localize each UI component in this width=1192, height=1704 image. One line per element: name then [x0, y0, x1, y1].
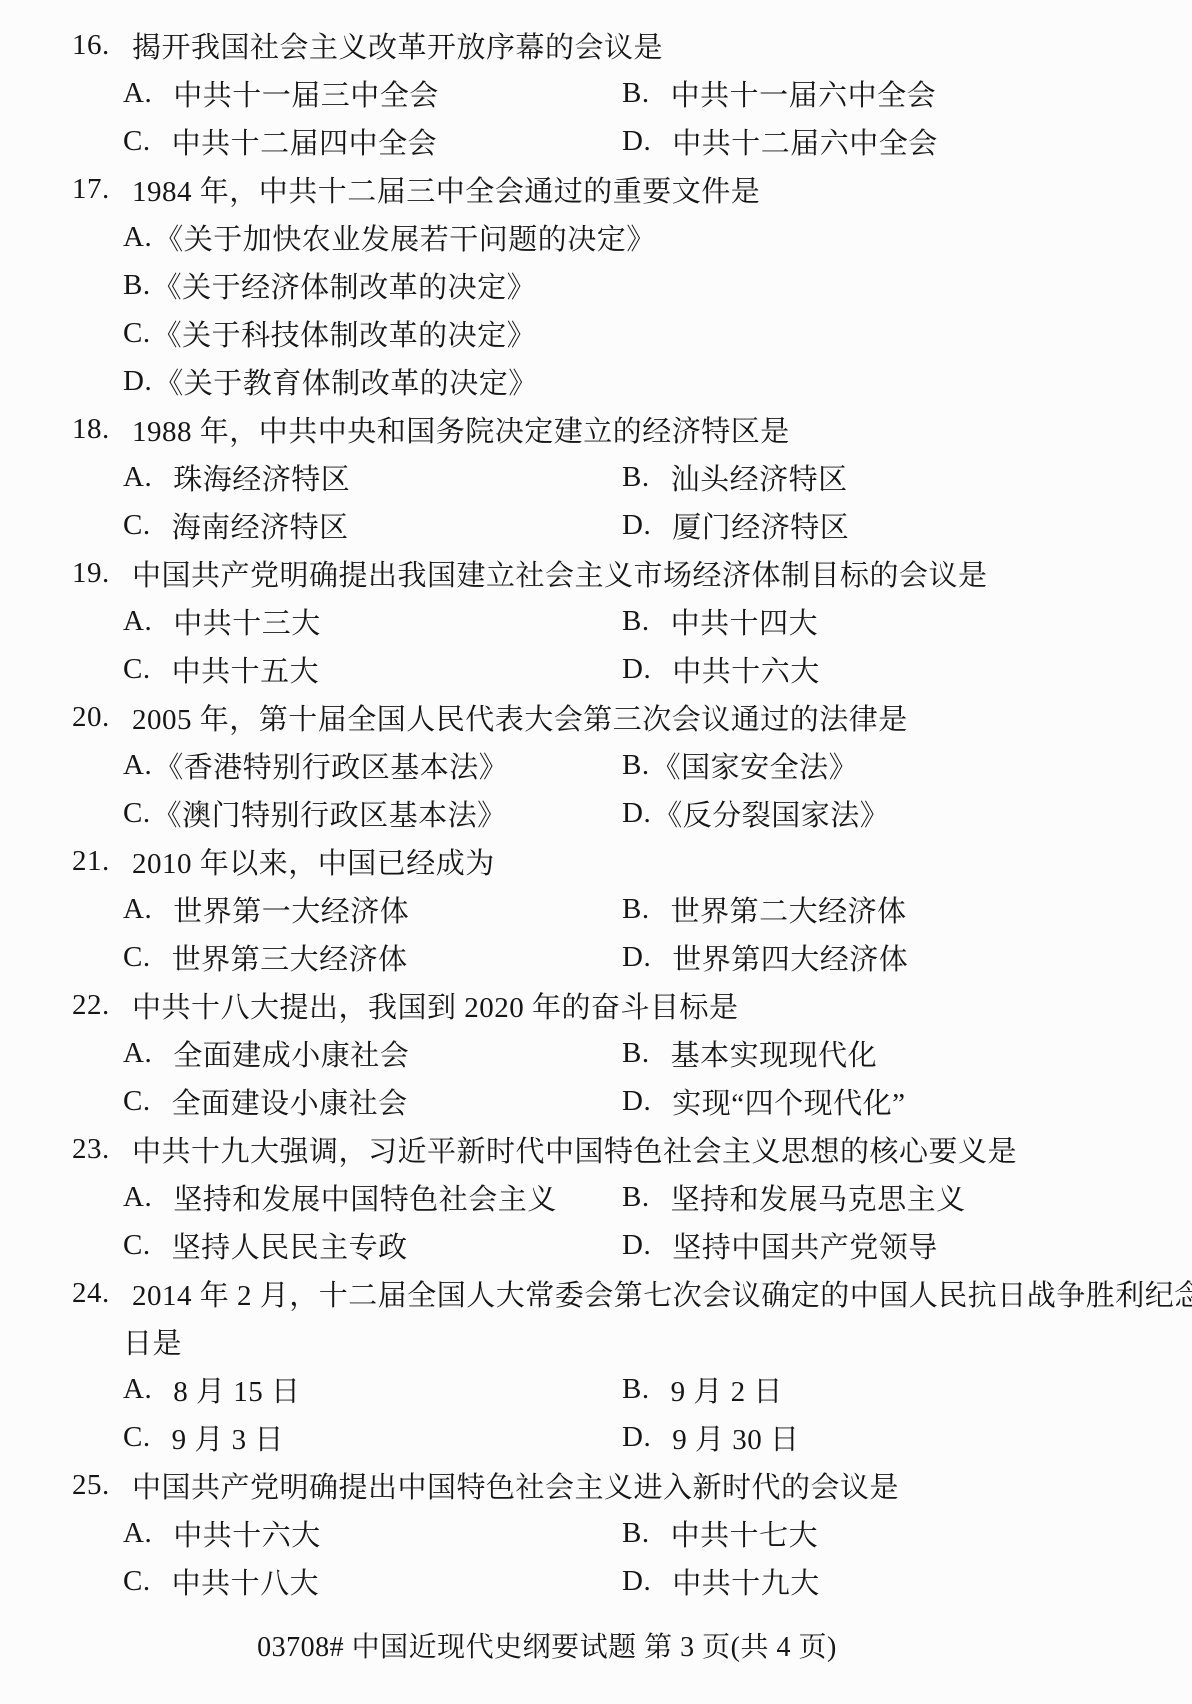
option-19-a: A. 中共十三大: [123, 601, 622, 642]
option-23-a: A. 坚持和发展中国特色社会主义: [123, 1177, 622, 1218]
option-21-a: A. 世界第一大经济体: [123, 889, 622, 930]
option-text: 实现“四个现代化”: [672, 1081, 905, 1122]
option-row: B. 《关于经济体制改革的决定》: [0, 261, 1192, 309]
option-text: 中共十六大: [672, 649, 820, 690]
option-row: C. 中共十二届四中全会 D. 中共十二届六中全会: [0, 117, 1192, 165]
option-label: B.: [622, 749, 650, 782]
question-16: 16. 揭开我国社会主义改革开放序幕的会议是 A. 中共十一届三中全会 B. 中…: [0, 21, 1192, 165]
option-18-c: C. 海南经济特区: [123, 505, 622, 546]
option-19-b: B. 中共十四大: [622, 601, 818, 642]
option-25-a: A. 中共十六大: [123, 1513, 622, 1554]
option-row: C. 中共十八大 D. 中共十九大: [0, 1557, 1192, 1605]
question-stem: 中国共产党明确提出我国建立社会主义市场经济体制目标的会议是: [132, 553, 988, 594]
option-label: B.: [622, 461, 650, 494]
option-21-c: C. 世界第三大经济体: [123, 937, 622, 978]
exam-page: 16. 揭开我国社会主义改革开放序幕的会议是 A. 中共十一届三中全会 B. 中…: [0, 0, 1192, 1704]
option-text: 9 月 2 日: [671, 1369, 783, 1410]
option-row: A. 珠海经济特区 B. 汕头经济特区: [0, 453, 1192, 501]
option-text: 中共十九大: [672, 1561, 820, 1602]
footer-text: 03708# 中国近现代史纲要试题 第 3 页(共 4 页): [257, 1625, 837, 1665]
question-stem-continuation: 日是: [0, 1317, 1192, 1365]
option-label: B.: [123, 269, 151, 302]
option-label: D.: [622, 1421, 651, 1454]
option-text: 厦门经济特区: [672, 505, 849, 546]
option-16-a: A. 中共十一届三中全会: [123, 73, 622, 114]
option-label: D.: [622, 1565, 651, 1598]
option-text: 《国家安全法》: [652, 745, 859, 786]
option-label: B.: [622, 893, 650, 926]
page-footer: 03708# 中国近现代史纲要试题 第 3 页(共 4 页): [0, 1621, 1143, 1669]
option-text: 中共十一届六中全会: [671, 73, 937, 114]
option-22-d: D. 实现“四个现代化”: [622, 1081, 905, 1122]
option-label: A.: [123, 1037, 152, 1070]
option-label: B.: [622, 1037, 650, 1070]
option-label: A.: [123, 893, 152, 926]
option-20-b: B. 《国家安全法》: [622, 745, 858, 786]
question-stem-row: 20. 2005 年，第十届全国人民代表大会第三次会议通过的法律是: [0, 693, 1192, 741]
option-label: A.: [123, 1373, 152, 1406]
question-21: 21. 2010 年以来，中国已经成为 A. 世界第一大经济体 B. 世界第二大…: [0, 837, 1192, 981]
option-text: 珠海经济特区: [173, 457, 350, 498]
option-20-a: A. 《香港特别行政区基本法》: [123, 745, 622, 786]
option-label: C.: [123, 1565, 151, 1598]
question-stem-row: 23. 中共十九大强调，习近平新时代中国特色社会主义思想的核心要义是: [0, 1125, 1192, 1173]
option-25-b: B. 中共十七大: [622, 1513, 818, 1554]
question-number: 18.: [72, 413, 132, 446]
question-number: 21.: [72, 845, 132, 878]
option-19-c: C. 中共十五大: [123, 649, 622, 690]
option-text: 9 月 3 日: [172, 1417, 284, 1458]
question-19: 19. 中国共产党明确提出我国建立社会主义市场经济体制目标的会议是 A. 中共十…: [0, 549, 1192, 693]
option-label: A.: [123, 1181, 152, 1214]
question-18: 18. 1988 年，中共中央和国务院决定建立的经济特区是 A. 珠海经济特区 …: [0, 405, 1192, 549]
option-text: 中共十三大: [173, 601, 321, 642]
option-21-b: B. 世界第二大经济体: [622, 889, 907, 930]
option-label: A.: [123, 1517, 152, 1550]
option-24-d: D. 9 月 30 日: [622, 1417, 799, 1458]
option-label: D.: [622, 1085, 651, 1118]
option-row: A. 中共十一届三中全会 B. 中共十一届六中全会: [0, 69, 1192, 117]
option-17-a: A. 《关于加快农业发展若干问题的决定》: [123, 217, 656, 258]
option-20-d: D. 《反分裂国家法》: [622, 793, 889, 834]
option-text: 世界第四大经济体: [672, 937, 908, 978]
option-17-d: D. 《关于教育体制改革的决定》: [123, 361, 538, 402]
question-number: 24.: [72, 1277, 132, 1310]
option-text: 9 月 30 日: [672, 1417, 799, 1458]
question-stem-line2: 日是: [123, 1321, 182, 1362]
option-label: C.: [123, 797, 151, 830]
question-number: 23.: [72, 1133, 132, 1166]
option-label: C.: [123, 941, 151, 974]
option-24-a: A. 8 月 15 日: [123, 1369, 622, 1410]
question-24: 24. 2014 年 2 月，十二届全国人大常委会第七次会议确定的中国人民抗日战…: [0, 1269, 1192, 1461]
question-stem: 2005 年，第十届全国人民代表大会第三次会议通过的法律是: [132, 697, 908, 738]
option-16-c: C. 中共十二届四中全会: [123, 121, 622, 162]
question-stem: 揭开我国社会主义改革开放序幕的会议是: [132, 25, 663, 66]
option-text: 坚持人民民主专政: [172, 1225, 408, 1266]
option-label: C.: [123, 653, 151, 686]
option-text: 全面建成小康社会: [173, 1033, 409, 1074]
option-row: C. 全面建设小康社会 D. 实现“四个现代化”: [0, 1077, 1192, 1125]
option-label: A.: [123, 77, 152, 110]
option-text: 中共十七大: [671, 1513, 819, 1554]
option-label: A.: [123, 221, 152, 254]
option-25-c: C. 中共十八大: [123, 1561, 622, 1602]
option-text: 中共十八大: [172, 1561, 320, 1602]
option-24-b: B. 9 月 2 日: [622, 1369, 783, 1410]
option-label: D.: [622, 941, 651, 974]
option-text: 中共十六大: [173, 1513, 321, 1554]
option-row: A. 《关于加快农业发展若干问题的决定》: [0, 213, 1192, 261]
option-19-d: D. 中共十六大: [622, 649, 820, 690]
option-label: D.: [622, 125, 651, 158]
question-stem-row: 16. 揭开我国社会主义改革开放序幕的会议是: [0, 21, 1192, 69]
option-21-d: D. 世界第四大经济体: [622, 937, 908, 978]
question-number: 25.: [72, 1469, 132, 1502]
option-label: D.: [123, 365, 152, 398]
option-label: A.: [123, 605, 152, 638]
question-number: 22.: [72, 989, 132, 1022]
option-text: 汕头经济特区: [671, 457, 848, 498]
option-row: C. 《关于科技体制改革的决定》: [0, 309, 1192, 357]
option-label: B.: [622, 605, 650, 638]
option-text: 基本实现现代化: [671, 1033, 878, 1074]
question-number: 20.: [72, 701, 132, 734]
option-label: C.: [123, 1229, 151, 1262]
question-stem: 2014 年 2 月，十二届全国人大常委会第七次会议确定的中国人民抗日战争胜利纪…: [132, 1273, 1192, 1314]
question-20: 20. 2005 年，第十届全国人民代表大会第三次会议通过的法律是 A. 《香港…: [0, 693, 1192, 837]
question-number: 17.: [72, 173, 132, 206]
option-label: B.: [622, 1181, 650, 1214]
question-stem-row: 22. 中共十八大提出，我国到 2020 年的奋斗目标是: [0, 981, 1192, 1029]
question-stem: 中共十九大强调，习近平新时代中国特色社会主义思想的核心要义是: [132, 1129, 1017, 1170]
option-label: C.: [123, 317, 151, 350]
option-text: 《反分裂国家法》: [653, 793, 889, 834]
option-22-a: A. 全面建成小康社会: [123, 1033, 622, 1074]
question-stem: 1984 年，中共十二届三中全会通过的重要文件是: [132, 169, 760, 210]
option-label: A.: [123, 461, 152, 494]
question-stem-row: 18. 1988 年，中共中央和国务院决定建立的经济特区是: [0, 405, 1192, 453]
option-text: 中共十一届三中全会: [173, 73, 439, 114]
option-label: C.: [123, 125, 151, 158]
option-text: 世界第二大经济体: [671, 889, 907, 930]
option-row: C. 世界第三大经济体 D. 世界第四大经济体: [0, 933, 1192, 981]
option-text: 海南经济特区: [172, 505, 349, 546]
question-stem: 2010 年以来，中国已经成为: [132, 841, 495, 882]
question-23: 23. 中共十九大强调，习近平新时代中国特色社会主义思想的核心要义是 A. 坚持…: [0, 1125, 1192, 1269]
option-text: 8 月 15 日: [173, 1369, 300, 1410]
option-row: C. 坚持人民民主专政 D. 坚持中国共产党领导: [0, 1221, 1192, 1269]
option-row: C. 海南经济特区 D. 厦门经济特区: [0, 501, 1192, 549]
option-label: B.: [622, 1373, 650, 1406]
option-text: 中共十二届六中全会: [672, 121, 938, 162]
option-label: D.: [622, 509, 651, 542]
option-row: A. 《香港特别行政区基本法》 B. 《国家安全法》: [0, 741, 1192, 789]
option-20-c: C. 《澳门特别行政区基本法》: [123, 793, 622, 834]
option-row: A. 世界第一大经济体 B. 世界第二大经济体: [0, 885, 1192, 933]
option-text: 全面建设小康社会: [172, 1081, 408, 1122]
option-row: C. 中共十五大 D. 中共十六大: [0, 645, 1192, 693]
option-25-d: D. 中共十九大: [622, 1561, 820, 1602]
option-label: C.: [123, 509, 151, 542]
option-16-d: D. 中共十二届六中全会: [622, 121, 938, 162]
question-stem-row: 19. 中国共产党明确提出我国建立社会主义市场经济体制目标的会议是: [0, 549, 1192, 597]
option-label: C.: [123, 1421, 151, 1454]
question-25: 25. 中国共产党明确提出中国特色社会主义进入新时代的会议是 A. 中共十六大 …: [0, 1461, 1192, 1605]
option-text: 中共十五大: [172, 649, 320, 690]
option-label: C.: [123, 1085, 151, 1118]
option-23-c: C. 坚持人民民主专政: [123, 1225, 622, 1266]
option-text: 《关于教育体制改革的决定》: [154, 361, 538, 402]
option-row: D. 《关于教育体制改革的决定》: [0, 357, 1192, 405]
question-stem-row: 17. 1984 年，中共十二届三中全会通过的重要文件是: [0, 165, 1192, 213]
option-row: A. 8 月 15 日 B. 9 月 2 日: [0, 1365, 1192, 1413]
option-text: 世界第一大经济体: [173, 889, 409, 930]
option-text: 《关于科技体制改革的决定》: [153, 313, 537, 354]
question-stem: 中共十八大提出，我国到 2020 年的奋斗目标是: [132, 985, 739, 1026]
option-label: A.: [123, 749, 152, 782]
option-row: C. 9 月 3 日 D. 9 月 30 日: [0, 1413, 1192, 1461]
option-16-b: B. 中共十一届六中全会: [622, 73, 936, 114]
option-text: 《关于经济体制改革的决定》: [153, 265, 537, 306]
question-17: 17. 1984 年，中共十二届三中全会通过的重要文件是 A. 《关于加快农业发…: [0, 165, 1192, 405]
option-23-d: D. 坚持中国共产党领导: [622, 1225, 938, 1266]
option-row: A. 坚持和发展中国特色社会主义 B. 坚持和发展马克思主义: [0, 1173, 1192, 1221]
option-18-b: B. 汕头经济特区: [622, 457, 848, 498]
option-text: 《关于加快农业发展若干问题的决定》: [154, 217, 656, 258]
option-18-d: D. 厦门经济特区: [622, 505, 849, 546]
option-text: 中共十二届四中全会: [172, 121, 438, 162]
option-22-c: C. 全面建设小康社会: [123, 1081, 622, 1122]
option-22-b: B. 基本实现现代化: [622, 1033, 877, 1074]
question-number: 19.: [72, 557, 132, 590]
question-stem-row: 24. 2014 年 2 月，十二届全国人大常委会第七次会议确定的中国人民抗日战…: [0, 1269, 1192, 1317]
option-text: 坚持和发展中国特色社会主义: [173, 1177, 557, 1218]
option-text: 世界第三大经济体: [172, 937, 408, 978]
option-text: 坚持和发展马克思主义: [671, 1177, 966, 1218]
option-label: B.: [622, 1517, 650, 1550]
option-label: D.: [622, 1229, 651, 1262]
question-stem: 1988 年，中共中央和国务院决定建立的经济特区是: [132, 409, 790, 450]
option-label: D.: [622, 797, 651, 830]
option-row: A. 中共十三大 B. 中共十四大: [0, 597, 1192, 645]
option-23-b: B. 坚持和发展马克思主义: [622, 1177, 966, 1218]
option-text: 中共十四大: [671, 601, 819, 642]
option-17-b: B. 《关于经济体制改革的决定》: [123, 265, 536, 306]
question-22: 22. 中共十八大提出，我国到 2020 年的奋斗目标是 A. 全面建成小康社会…: [0, 981, 1192, 1125]
option-text: 《澳门特别行政区基本法》: [153, 793, 507, 834]
option-17-c: C. 《关于科技体制改革的决定》: [123, 313, 536, 354]
question-number: 16.: [72, 29, 132, 62]
question-stem-row: 21. 2010 年以来，中国已经成为: [0, 837, 1192, 885]
question-stem: 中国共产党明确提出中国特色社会主义进入新时代的会议是: [132, 1465, 899, 1506]
question-stem-row: 25. 中国共产党明确提出中国特色社会主义进入新时代的会议是: [0, 1461, 1192, 1509]
option-text: 坚持中国共产党领导: [672, 1225, 938, 1266]
option-row: A. 全面建成小康社会 B. 基本实现现代化: [0, 1029, 1192, 1077]
option-label: B.: [622, 77, 650, 110]
option-row: C. 《澳门特别行政区基本法》 D. 《反分裂国家法》: [0, 789, 1192, 837]
option-18-a: A. 珠海经济特区: [123, 457, 622, 498]
option-label: D.: [622, 653, 651, 686]
option-text: 《香港特别行政区基本法》: [154, 745, 508, 786]
option-24-c: C. 9 月 3 日: [123, 1417, 622, 1458]
option-row: A. 中共十六大 B. 中共十七大: [0, 1509, 1192, 1557]
